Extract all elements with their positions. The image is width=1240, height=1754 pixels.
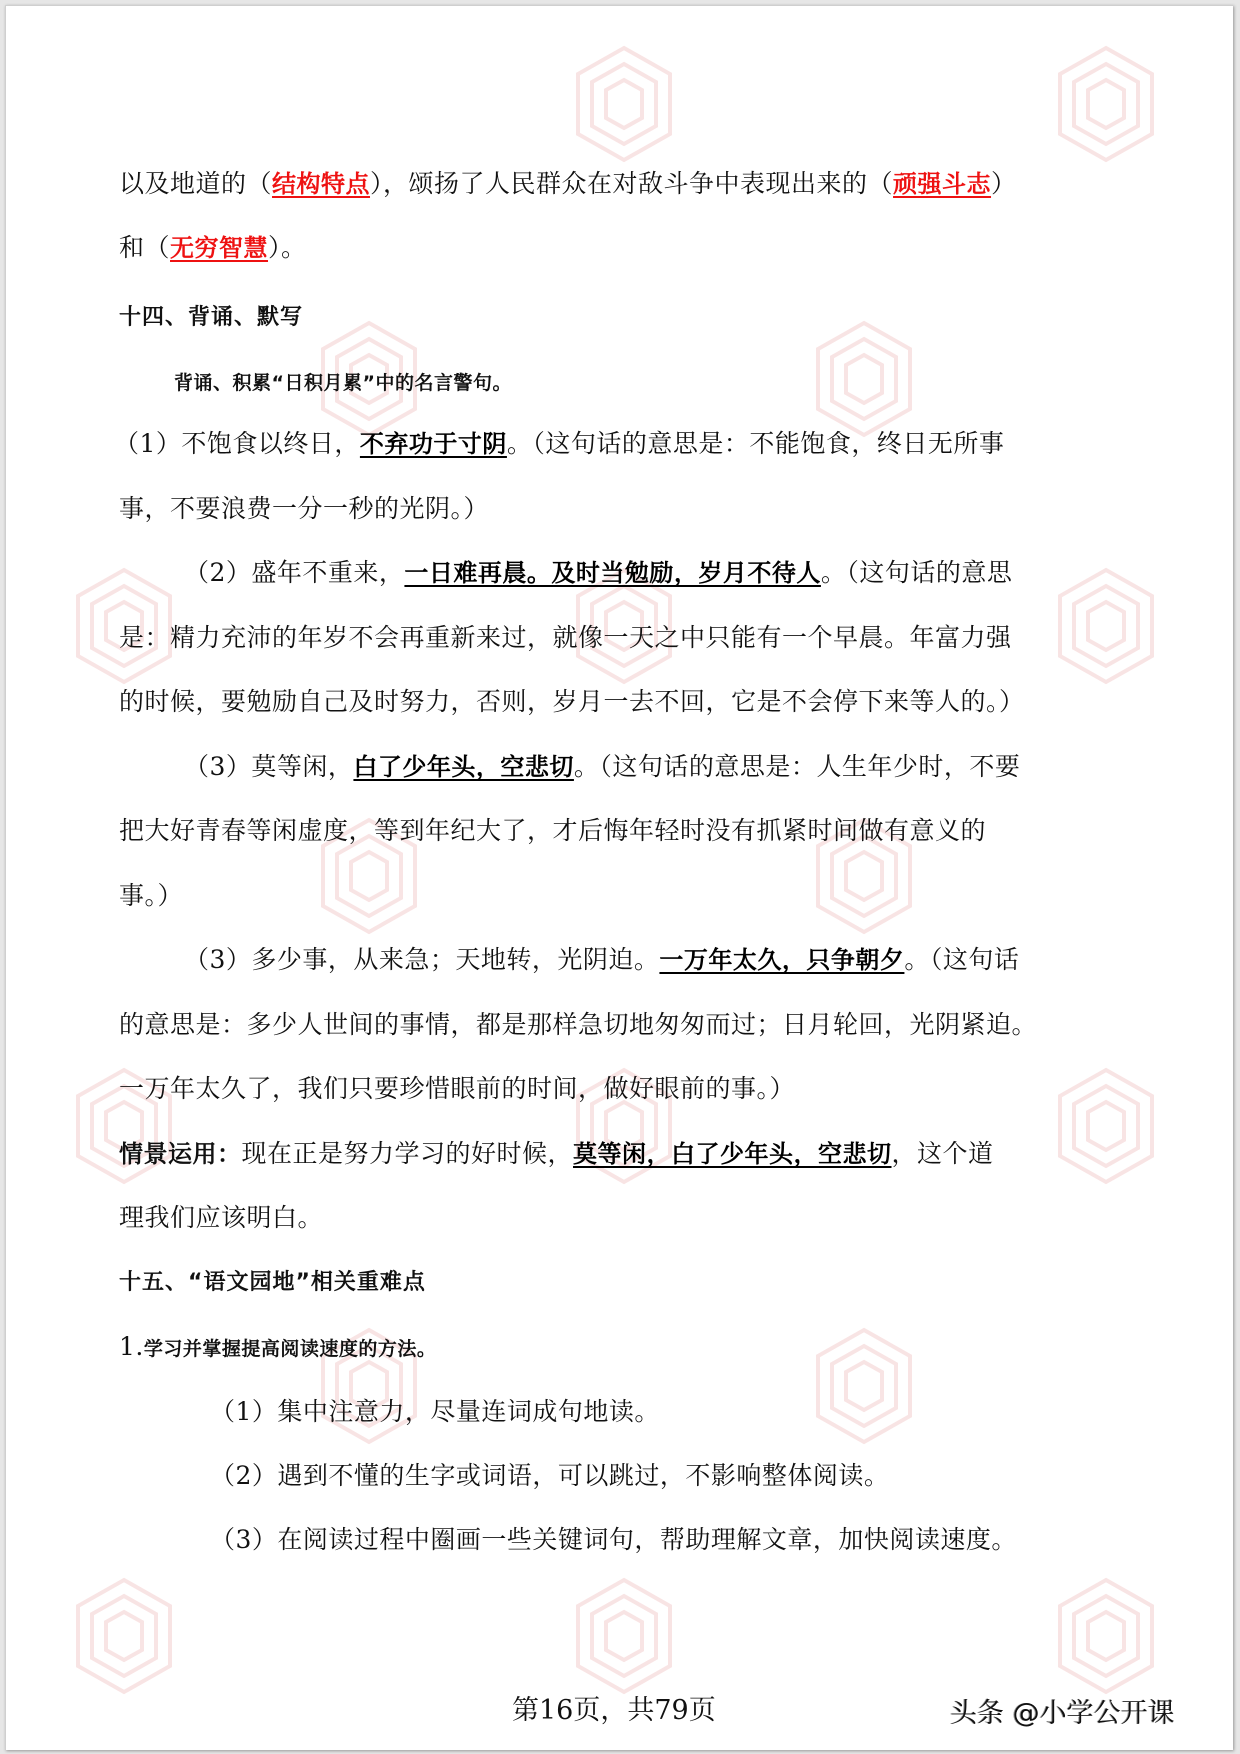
- section-intro: 背诵、积累“日积月累”中的名言警句。: [174, 368, 512, 398]
- watermark-hexagon-logo-icon: [814, 1326, 914, 1446]
- quote-item-2: （2）盛年不重来，一日难再晨。及时当勉励，岁月不待人。（这句话的意思: [184, 558, 1012, 588]
- text-line: 理我们应该明白。: [119, 1203, 323, 1233]
- watermark-hexagon-logo-icon: [1056, 1576, 1156, 1696]
- quote-key: 一日难再晨。及时当勉励，岁月不待人: [404, 559, 821, 587]
- page-indicator: 第16页，共79页: [512, 1688, 716, 1727]
- text-segment: ）: [991, 169, 1017, 198]
- scenario-key: 莫等闲，白了少年头，空悲切: [573, 1140, 892, 1168]
- quote-meaning: 。（这句话的意思是：不能饱食，终日无所事: [507, 429, 1005, 458]
- text-line: 事。）: [119, 881, 183, 911]
- quote-item-3: （3）莫等闲，白了少年头，空悲切。（这句话的意思是：人生年少时，不要: [184, 752, 1020, 782]
- quote-item-1: （1）不饱食以终日，不弃功于寸阴。（这句话的意思是：不能饱食，终日无所事: [114, 429, 1004, 459]
- scenario-text: 现在正是努力学习的好时候，: [242, 1139, 574, 1168]
- document-page: 以及地道的（结构特点），颂扬了人民群众在对敌斗争中表现出来的（顽强斗志） 和（无…: [5, 5, 1233, 1750]
- text-line: 把大好青春等闲虚度，等到年纪大了，才后悔年轻时没有抓紧时间做有意义的: [119, 816, 986, 846]
- subsection-title: 1.学习并掌握提高阅读速度的方法。: [119, 1332, 436, 1364]
- watermark-hexagon-logo-icon: [1056, 44, 1156, 164]
- brand-watermark: 头条 @小学公开课: [950, 1691, 1175, 1730]
- text-segment: ），颂扬了人民群众在对敌斗争中表现出来的（: [370, 169, 893, 198]
- text-line: 事，不要浪费一分一秒的光阴。）: [119, 494, 489, 524]
- quote-meaning: 。（这句话的意思: [821, 558, 1013, 587]
- quote-prefix: （3）莫等闲，: [184, 752, 353, 781]
- section-heading-14: 十四、背诵、默写: [119, 303, 303, 333]
- subsection-label: 学习并掌握提高阅读速度的方法。: [144, 1338, 437, 1360]
- watermark-hexagon-logo-icon: [814, 319, 914, 439]
- method-item: （3）在阅读过程中圈画一些关键词句，帮助理解文章，加快阅读速度。: [210, 1525, 1017, 1555]
- watermark-hexagon-logo-icon: [1056, 1066, 1156, 1186]
- quote-prefix: （1）不饱食以终日，: [114, 429, 360, 458]
- text-line: 是：精力充沛的年岁不会再重新来过，就像一天之中只能有一个早晨。年富力强: [119, 623, 1012, 653]
- quote-prefix: （3）多少事，从来急；天地转，光阴迫。: [184, 945, 659, 974]
- text-line: 和（无穷智慧）。: [119, 233, 307, 263]
- quote-item-4: （3）多少事，从来急；天地转，光阴迫。一万年太久，只争朝夕。（这句话: [184, 945, 1019, 975]
- watermark-hexagon-logo-icon: [574, 1576, 674, 1696]
- quote-prefix: （2）盛年不重来，: [184, 558, 404, 587]
- scenario-label: 情景运用：: [119, 1140, 242, 1168]
- text-line: 的时候，要勉励自己及时努力，否则，岁月一去不回，它是不会停下来等人的。）: [119, 687, 1025, 717]
- section-heading-15: 十五、“语文园地”相关重难点: [119, 1268, 426, 1298]
- method-item: （1）集中注意力，尽量连词成句地读。: [210, 1397, 660, 1427]
- quote-meaning: 。（这句话的意思是：人生年少时，不要: [574, 752, 1021, 781]
- key-answer: 顽强斗志: [893, 170, 991, 198]
- quote-key: 不弃功于寸阴: [360, 430, 507, 458]
- watermark-hexagon-logo-icon: [1056, 566, 1156, 686]
- text-segment: ）。: [268, 233, 307, 262]
- quote-meaning: 。（这句话: [904, 945, 1019, 974]
- method-item: （2）遇到不懂的生字或词语，可以跳过，不影响整体阅读。: [210, 1461, 889, 1491]
- watermark-hexagon-logo-icon: [74, 1576, 174, 1696]
- text-line: 以及地道的（结构特点），颂扬了人民群众在对敌斗争中表现出来的（顽强斗志）: [119, 169, 1017, 199]
- text-line: 的意思是：多少人世间的事情，都是那样急切地匆匆而过；日月轮回，光阴紧迫。: [119, 1010, 1037, 1040]
- quote-key: 白了少年头，空悲切: [353, 753, 574, 781]
- key-answer: 结构特点: [272, 170, 370, 198]
- text-line: 一万年太久了，我们只要珍惜眼前的时间，做好眼前的事。）: [119, 1074, 795, 1104]
- key-answer: 无穷智慧: [170, 234, 268, 262]
- scenario-text: ，这个道: [892, 1139, 994, 1168]
- text-segment: 以及地道的（: [119, 169, 272, 198]
- quote-key: 一万年太久，只争朝夕: [659, 946, 904, 974]
- text-segment: 和（: [119, 233, 170, 262]
- watermark-hexagon-logo-icon: [574, 44, 674, 164]
- subsection-number: 1.: [119, 1332, 144, 1361]
- scenario-line: 情景运用：现在正是努力学习的好时候，莫等闲，白了少年头，空悲切，这个道: [119, 1139, 994, 1169]
